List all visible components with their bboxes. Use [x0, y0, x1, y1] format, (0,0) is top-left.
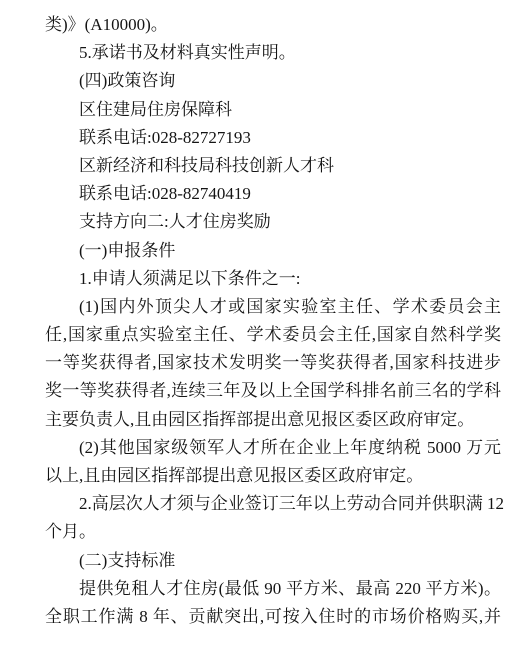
text-line: 区新经济和科技局科技创新人才科 [45, 152, 501, 180]
text-line: 2.高层次人才须与企业签订三年以上劳动合同并供职满 12 [45, 490, 501, 518]
text-line: 奖一等奖获得者,连续三年及以上全国学科排名前三名的学科 [45, 377, 501, 405]
text-line: 个月。 [45, 518, 501, 546]
text-line: 以上,且由园区指挥部提出意见报区委区政府审定。 [45, 462, 501, 490]
text-line: (四)政策咨询 [45, 67, 501, 95]
text-line: 一等奖获得者,国家技术发明奖一等奖获得者,国家科技进步 [45, 349, 501, 377]
text-line: 5.承诺书及材料真实性声明。 [45, 39, 501, 67]
text-line: 提供免租人才住房(最低 90 平方米、最高 220 平方米)。 [45, 575, 501, 603]
text-line: 1.申请人须满足以下条件之一: [45, 265, 501, 293]
text-line: 支持方向二:人才住房奖励 [45, 208, 501, 236]
text-line: 联系电话:028-82727193 [45, 124, 501, 152]
text-line: 全职工作满 8 年、贡献突出,可按入住时的市场价格购买,并 [45, 603, 501, 631]
text-line: (2)其他国家级领军人才所在企业上年度纳税 5000 万元 [45, 434, 501, 462]
text-line: 类)》(A10000)。 [45, 11, 501, 39]
text-line: 联系电话:028-82740419 [45, 180, 501, 208]
text-line: (一)申报条件 [45, 237, 501, 265]
document-page: 类)》(A10000)。 5.承诺书及材料真实性声明。 (四)政策咨询 区住建局… [0, 0, 518, 653]
text-line: (1)国内外顶尖人才或国家实验室主任、学术委员会主 [45, 293, 501, 321]
text-line: 任,国家重点实验室主任、学术委员会主任,国家自然科学奖 [45, 321, 501, 349]
text-line: (二)支持标准 [45, 547, 501, 575]
text-line: 区住建局住房保障科 [45, 96, 501, 124]
text-line: 主要负责人,且由园区指挥部提出意见报区委区政府审定。 [45, 406, 501, 434]
